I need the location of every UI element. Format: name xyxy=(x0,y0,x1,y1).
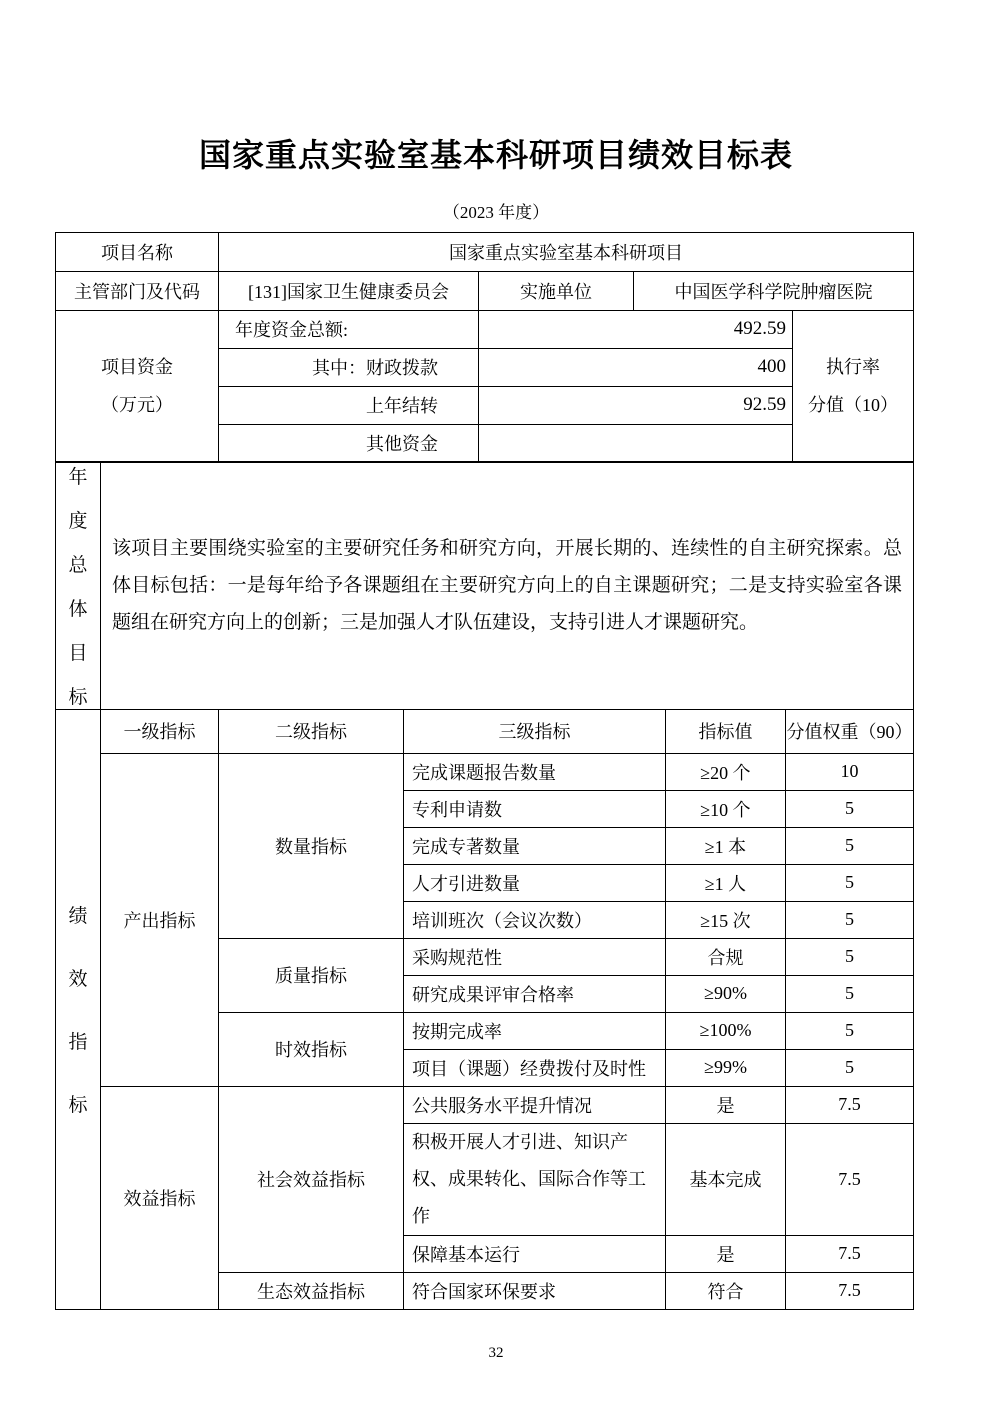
funding-row-value: 400 xyxy=(479,348,793,386)
dept-code-value: [131]国家卫生健康委员会 xyxy=(219,272,479,311)
level2-cell: 质量指标 xyxy=(219,938,404,1012)
indicator-name-cell: 完成课题报告数量 xyxy=(404,753,666,790)
indicator-value-cell: ≥1 人 xyxy=(666,864,786,901)
col-header-level2: 二级指标 xyxy=(219,709,404,753)
execution-rate-line2: 分值（10） xyxy=(793,386,913,424)
level1-cell: 产出指标 xyxy=(101,753,219,1086)
indicator-weight-cell: 5 xyxy=(786,790,914,827)
funding-label-line2: （万元） xyxy=(56,386,218,424)
indicator-value-cell: 是 xyxy=(666,1235,786,1272)
goal-strip: 年 度 总 体 目 标 xyxy=(56,462,101,710)
indicator-name-cell: 采购规范性 xyxy=(404,938,666,975)
col-header-level3: 三级指标 xyxy=(404,709,666,753)
performance-target-table: 项目名称 国家重点实验室基本科研项目 主管部门及代码 [131]国家卫生健康委员… xyxy=(55,232,913,1310)
goal-strip-char: 总 xyxy=(68,550,87,577)
table-row: 主管部门及代码 [131]国家卫生健康委员会 实施单位 中国医学科学院肿瘤医院 xyxy=(56,272,914,311)
indicator-name-cell: 公共服务水平提升情况 xyxy=(404,1086,666,1123)
indicator-weight-cell: 5 xyxy=(786,864,914,901)
indicator-value-cell: 合规 xyxy=(666,938,786,975)
indicator-value-cell: ≥20 个 xyxy=(666,753,786,790)
indicators-strip: 绩 效 指 标 xyxy=(56,709,101,1309)
indicator-weight-cell: 5 xyxy=(786,901,914,938)
col-header-weight: 分值权重（90） xyxy=(786,709,914,753)
indicators-strip-char: 绩 xyxy=(68,901,87,928)
funding-label: 项目资金 （万元） xyxy=(56,310,219,462)
project-name-value: 国家重点实验室基本科研项目 xyxy=(219,233,914,272)
indicator-weight-cell: 7.5 xyxy=(786,1235,914,1272)
funding-row-label: 年度资金总额: xyxy=(219,310,479,348)
indicator-name-cell: 符合国家环保要求 xyxy=(404,1272,666,1309)
dept-code-label: 主管部门及代码 xyxy=(56,272,219,311)
indicator-name-cell: 积极开展人才引进、知识产权、成果转化、国际合作等工作 xyxy=(404,1123,666,1235)
goal-strip-char: 体 xyxy=(68,594,87,621)
indicator-weight-cell: 7.5 xyxy=(786,1123,914,1235)
indicator-weight-cell: 7.5 xyxy=(786,1086,914,1123)
indicator-name-cell: 按期完成率 xyxy=(404,1012,666,1049)
funding-row-value: 492.59 xyxy=(479,310,793,348)
page-title: 国家重点实验室基本科研项目绩效目标表 xyxy=(0,130,992,176)
table-row: 效益指标 社会效益指标 公共服务水平提升情况 是 7.5 xyxy=(56,1086,914,1123)
indicator-name-cell: 保障基本运行 xyxy=(404,1235,666,1272)
indicator-name-cell: 人才引进数量 xyxy=(404,864,666,901)
funding-row-value: 92.59 xyxy=(479,386,793,424)
indicator-weight-cell: 10 xyxy=(786,753,914,790)
level2-cell: 生态效益指标 xyxy=(219,1272,404,1309)
indicator-weight-cell: 5 xyxy=(786,938,914,975)
goal-strip-char: 度 xyxy=(68,506,87,533)
document-page: 国家重点实验室基本科研项目绩效目标表 （2023 年度） 项目名称 国家重点实验… xyxy=(0,0,992,1403)
level2-cell: 时效指标 xyxy=(219,1012,404,1086)
funding-row-value xyxy=(479,424,793,462)
indicator-value-cell: ≥1 本 xyxy=(666,827,786,864)
level2-cell: 数量指标 xyxy=(219,753,404,938)
funding-table: 项目资金 （万元） 年度资金总额: 492.59 执行率 分值（10） 其中：财… xyxy=(55,310,914,463)
indicators-strip-char: 效 xyxy=(68,964,87,991)
indicator-name-cell: 培训班次（会议次数） xyxy=(404,901,666,938)
indicator-weight-cell: 7.5 xyxy=(786,1272,914,1309)
goal-text-cell: 该项目主要围绕实验室的主要研究任务和研究方向，开展长期的、连续性的自主研究探索。… xyxy=(101,462,914,710)
funding-label-line1: 项目资金 xyxy=(56,348,218,386)
funding-row-label: 其他资金 xyxy=(219,424,479,462)
indicator-value-cell: 符合 xyxy=(666,1272,786,1309)
indicator-name-cell: 项目（课题）经费拨付及时性 xyxy=(404,1049,666,1086)
project-name-label: 项目名称 xyxy=(56,233,219,272)
indicator-name-cell: 完成专著数量 xyxy=(404,827,666,864)
col-header-value: 指标值 xyxy=(666,709,786,753)
indicator-name-cell: 研究成果评审合格率 xyxy=(404,975,666,1012)
col-header-level1: 一级指标 xyxy=(101,709,219,753)
impl-unit-value: 中国医学科学院肿瘤医院 xyxy=(634,272,914,311)
indicator-name-cell: 专利申请数 xyxy=(404,790,666,827)
indicators-strip-char: 标 xyxy=(68,1090,87,1117)
table-row: 绩 效 指 标 一级指标 二级指标 三级指标 指标值 分值权重（90） xyxy=(56,709,914,753)
indicator-value-cell: ≥90% xyxy=(666,975,786,1012)
indicator-weight-cell: 5 xyxy=(786,1049,914,1086)
goal-strip-char: 目 xyxy=(68,638,87,665)
level2-cell: 社会效益指标 xyxy=(219,1086,404,1272)
page-number: 32 xyxy=(0,1345,992,1362)
indicator-value-cell: ≥15 次 xyxy=(666,901,786,938)
goal-table: 年 度 总 体 目 标 该项目主要围绕实验室的主要研究任务和研究方向，开展长期的… xyxy=(55,461,914,710)
indicator-weight-cell: 5 xyxy=(786,827,914,864)
table-row: 项目名称 国家重点实验室基本科研项目 xyxy=(56,233,914,272)
funding-row-label: 上年结转 xyxy=(219,386,479,424)
execution-rate-label: 执行率 分值（10） xyxy=(793,310,914,462)
indicator-value-cell: ≥100% xyxy=(666,1012,786,1049)
indicator-weight-cell: 5 xyxy=(786,1012,914,1049)
table-row: 产出指标 数量指标 完成课题报告数量 ≥20 个 10 xyxy=(56,753,914,790)
indicator-value-cell: 基本完成 xyxy=(666,1123,786,1235)
header-table: 项目名称 国家重点实验室基本科研项目 主管部门及代码 [131]国家卫生健康委员… xyxy=(55,232,914,311)
indicators-strip-char: 指 xyxy=(68,1027,87,1054)
indicator-value-cell: ≥99% xyxy=(666,1049,786,1086)
impl-unit-label: 实施单位 xyxy=(479,272,634,311)
goal-text: 该项目主要围绕实验室的主要研究任务和研究方向，开展长期的、连续性的自主研究探索。… xyxy=(101,530,913,641)
page-subtitle: （2023 年度） xyxy=(0,198,992,223)
goal-strip-char: 标 xyxy=(68,682,87,709)
goal-strip-char: 年 xyxy=(68,462,87,489)
funding-row-label: 其中：财政拨款 xyxy=(219,348,479,386)
table-row: 项目资金 （万元） 年度资金总额: 492.59 执行率 分值（10） xyxy=(56,310,914,348)
table-row: 年 度 总 体 目 标 该项目主要围绕实验室的主要研究任务和研究方向，开展长期的… xyxy=(56,462,914,710)
indicators-table: 绩 效 指 标 一级指标 二级指标 三级指标 指标值 分值权重（90） 产出指标… xyxy=(55,709,914,1310)
indicator-value-cell: ≥10 个 xyxy=(666,790,786,827)
execution-rate-line1: 执行率 xyxy=(793,348,913,386)
level1-cell: 效益指标 xyxy=(101,1086,219,1309)
indicator-value-cell: 是 xyxy=(666,1086,786,1123)
indicator-weight-cell: 5 xyxy=(786,975,914,1012)
